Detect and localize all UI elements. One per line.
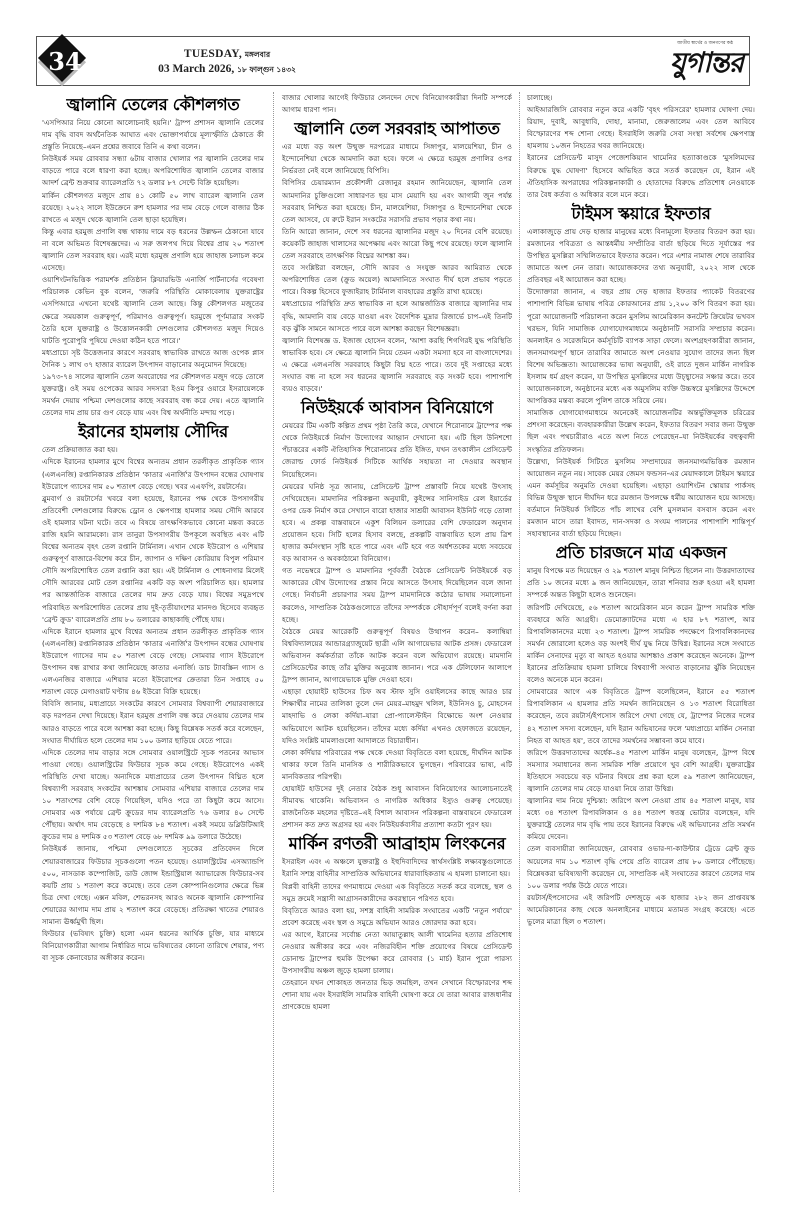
weekday-bn: মঙ্গলবার [245,50,270,59]
paragraph: মধ্যপ্রাচ্যে সৃষ্ট উত্তেজনার কারণে সরবরা… [42,347,264,371]
paragraph: তিনি আরো জানান, দেশে সব ধরনের জ্বালানির … [282,226,512,262]
paragraph: মেয়রের টিম একটি কল্পিত প্রথম পৃষ্ঠা তৈর… [282,420,512,480]
paragraph: লেকা কর্দিয়ার পরিবারের পক্ষ থেকে দেওয়া… [282,747,512,783]
paragraph: হোয়াইট হাউসের দুই নেতার বৈঠক শুধু আবাসন… [282,783,512,831]
paragraph: নিউইয়র্ক জানায়, পশ্চিমা দেশগুলোতে সূচক… [42,843,264,928]
paragraph: বিবিসি জানায়, মধ্যপ্রাচ্যে সংকটের কারণে… [42,698,264,746]
dateline: TUESDAY, মঙ্গলবার 03 March 2026, ১৮ ফাল্… [147,47,307,77]
paragraph: এছাড়া হোয়াইট হাউসের চিফ অব স্টাফ সুসি … [282,686,512,746]
paragraph: ব্লুমবার্গ ও রয়টার্সের খবরে বলা হয়েছে,… [42,493,264,626]
paragraph: মার্কিন কৌশলগত মজুদে প্রায় ৪১ কোটি ৫০ ল… [42,190,264,226]
paragraph: রয়টার্স/ইপসোসের এই জরিপটি দেশজুড়ে এক হ… [527,892,755,928]
article-column-2: বাজার খোলার আগেই ফিউচার লেনদেন দেখে বিনি… [282,92,512,1014]
paragraph: ১৯৭৩-৭৪ সালের জ্বালানি তেল অবরোধের পর কৌ… [42,371,264,419]
paragraph: চালাচ্ছে। [527,92,755,104]
paragraph: সোমবারের আগে এক বিবৃতিতে ট্রাম্প বলেছিলে… [527,686,755,746]
paragraph: আইআরজিসি রোববার নতুন করে একটি 'বৃহৎ পরিস… [527,104,755,152]
paragraph: মেয়রের ঘনিষ্ঠ সূত্র জানায়, প্রেসিডেন্ট… [282,481,512,566]
paragraph: ওয়াশিংটনভিত্তিক পরামর্শক প্রতিষ্ঠান ক্ল… [42,274,264,347]
article-column-3: চালাচ্ছে। আইআরজিসি রোববার নতুন করে একটি … [527,92,755,928]
paragraph: জ্বালানি বিশেষজ্ঞ ড. ইজাজ হোসেন বলেন, 'আ… [282,335,512,395]
newspaper-page: 34 TUESDAY, মঙ্গলবার 03 March 2026, ১৮ ফ… [0,0,792,1224]
paragraph: এর মধ্যে বড় অংশ উন্মুক্ত দরপত্রের মাধ্য… [282,141,512,177]
paragraph: তেহরানে যখন শোকাহত জনতার ভিড় জমছিল, তখন… [282,977,512,1013]
paragraph: মধ্যপ্রাচ্যের পরিস্থিতি দ্রুত স্বাভাবিক … [282,298,512,334]
paragraph: বিবৃতিতে আরও বলা হয়, সশস্ত্র বাহিনী সাম… [282,905,512,929]
column-divider [273,92,274,1192]
page-header-bar: 34 TUESDAY, মঙ্গলবার 03 March 2026, ১৮ ফ… [36,36,750,86]
paragraph: ইরানের প্রেসিডেন্ট মাসুদ পেজেশকিয়ান খাম… [527,152,755,200]
paragraph: এদিকে তেলের দাম বাড়ার সঙ্গে সোমবার ওয়া… [42,747,264,844]
paragraph: বাজার খোলার আগেই ফিউচার লেনদেন দেখে বিনি… [282,92,512,116]
paragraph: উদ্যোক্তারা জানান, এ বছর প্রায় দেড় হাজ… [527,286,755,407]
weekday-en: TUESDAY, [184,48,242,60]
paragraph: ফিউচার (ভবিষ্যৎ চুক্তি) হলো এমন ধরনের আর… [42,928,264,964]
date-bn: ১৮ ফাল্গুন ১৪৩২ [237,65,296,74]
masthead-logo: যুগান্তর [593,47,743,79]
paragraph: উল্লেখ্য, নিউইয়র্ক সিটিতে মুসলিম সম্প্র… [527,456,755,541]
paragraph: গত নভেম্বরে ট্রাম্প ও মামদানির পূর্ববর্ত… [282,565,512,625]
paragraph: জ্বালানির দাম নিয়ে দুশ্চিন্তা: জরিপে অং… [527,795,755,843]
masthead: জাতীয় স্বার্থের ও জনগণের কণ্ঠ যুগান্তর [593,40,743,82]
paragraph: তেল প্রক্রিয়াজাত করা হয়। [42,444,264,456]
page-number: 34 [43,45,87,79]
headline: জ্বালানি তেল সরবরাহ আপাতত [282,118,512,140]
headline: মার্কিন রণতরী আব্রাহাম লিংকনের [282,833,512,855]
paragraph: 'এসপিআর নিয়ে কোনো আলোচনাই হয়নি।' ট্রাম… [42,117,264,153]
paragraph: এর আগে, ইরানের সর্বোচ্চ নেতা আয়াতুল্লাহ… [282,929,512,977]
paragraph: তেল ব্যবসায়ীরা জানিয়েছেন, রোববার ওভার-… [527,843,755,891]
paragraph: সামাজিক যোগাযোগমাধ্যমে অনেকেই আয়োজনটির … [527,407,755,455]
headline: নিউইয়র্কে আবাসন বিনিয়োগে [282,397,512,419]
headline: ইরানের হামলায় সৌদির [42,421,264,443]
paragraph: জরিপটি দেখিয়েছে, ৫৬ শতাংশ আমেরিকান মনে … [527,602,755,687]
headline: টাইমস স্কয়ারে ইফতার [527,203,755,225]
date-en: 03 March 2026, [158,63,234,75]
paragraph: এদিকে ইরানে হামলার মুখে বিশ্বের অন্যতম প… [42,626,264,699]
paragraph: জরিপে উত্তরদাতাদের অর্ধেক–৪৫ শতাংশ মার্ক… [527,747,755,795]
headline: জ্বালানি তেলের কৌশলগত [42,94,264,116]
paragraph: নিউইয়র্ক সময় রোববার সন্ধ্যা ৬টায় বাজা… [42,153,264,189]
paragraph: বৈঠকে মেয়র আরেকটি গুরুত্বপূর্ণ বিষয়ও উ… [282,626,512,686]
article-column-1: জ্বালানি তেলের কৌশলগত 'এসপিআর নিয়ে কোনো… [42,92,264,964]
paragraph: ইসরাইল এবং এ অঞ্চলে যুক্তরাষ্ট্র ও ইহুদি… [282,856,512,880]
paragraph: বিপ্লবী বাহিনী তাদের গণমাধ্যমে দেওয়া এক… [282,881,512,905]
paragraph: তবে সংশ্লিষ্টরা বলছেন, সৌদি আরব ও সংযুক্… [282,262,512,298]
headline: প্রতি চারজনে মাত্র একজন [527,542,755,564]
column-divider [519,92,520,1192]
paragraph: এদিকে ইরানের হামলার মুখে বিশ্বের অন্যতম … [42,456,264,492]
paragraph: মানুষ বিপক্ষে মত দিয়েছেন ও ২৯ শতাংশ মান… [527,565,755,601]
paragraph: এলাকাজুড়ে প্রায় দেড় হাজার মানুষের মধ্… [527,226,755,286]
paragraph: কিন্তু এবার হরমুজ প্রণালি বন্ধ থাকায় দা… [42,226,264,274]
paragraph: বিপিসির চেয়ারম্যান প্রকৌশলী রেজানুর রহম… [282,177,512,225]
